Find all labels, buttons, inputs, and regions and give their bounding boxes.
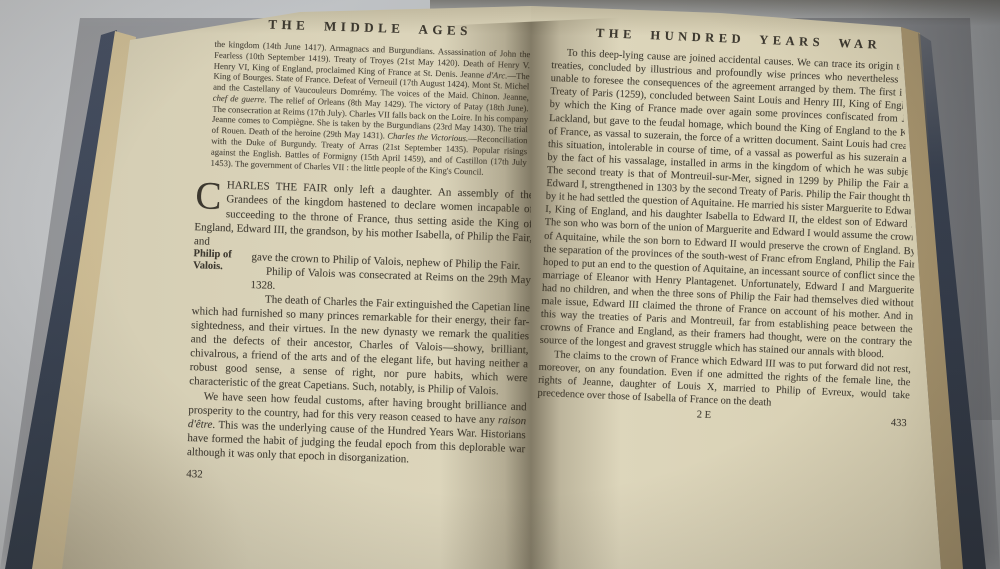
photo-vignette: [0, 0, 1000, 569]
book-photo: THE MIDDLE AGES the kingdom (14th June 1…: [0, 0, 1000, 569]
